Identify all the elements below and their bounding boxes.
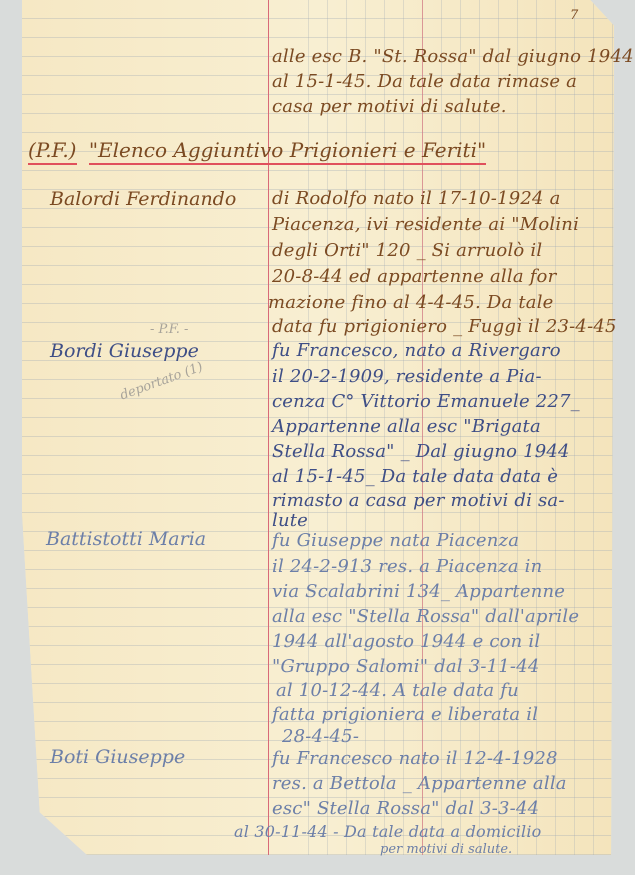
entry-line: Piacenza, ivi residente ai "Molini [272, 214, 579, 235]
entry-line: per motivi di salute. [380, 842, 512, 857]
entry-name: Balordi Ferdinando [50, 188, 236, 210]
entry-line: al 10-12-44. A tale data fu [276, 680, 519, 701]
entry-line: il 20-2-1909, residente a Pia- [272, 366, 542, 387]
entry-line: via Scalabrini 134_ Appartenne [272, 581, 565, 602]
heading-prefix: (P.F.) [28, 138, 77, 165]
entry-annotation: - P.F. - [150, 322, 188, 337]
margin-line-red [268, 0, 269, 855]
entry-line: 28-4-45- [282, 726, 359, 747]
entry-line: fu Giuseppe nata Piacenza [272, 530, 519, 551]
entry-name: Boti Giuseppe [50, 746, 185, 768]
entry-line: esc" Stella Rossa" dal 3-3-44 [272, 798, 539, 819]
entry-line: il 24-2-913 res. a Piacenza in [272, 556, 542, 577]
entry-line: al 30-11-44 - Da tale data a domicilio [234, 822, 541, 841]
entry-line: fatta prigioniera e liberata il [272, 704, 538, 725]
entry-line: "Gruppo Salomi" dal 3-11-44 [272, 656, 540, 677]
continuation-line: casa per motivi di salute. [272, 96, 507, 117]
entry-line: di Rodolfo nato il 17-10-1924 a [272, 188, 561, 209]
page-marker: 7 [570, 8, 578, 23]
entry-line: degli Orti" 120 _ Si arruolò il [272, 240, 542, 261]
entry-line: mazione fino al 4-4-45. Da tale [268, 292, 554, 313]
entry-line: cenza C° Vittorio Emanuele 227_ [272, 391, 580, 412]
entry-line: 20-8-44 ed appartenne alla for [272, 266, 556, 287]
entry-line: data fu prigioniero _ Fuggì il 23-4-45 [272, 316, 617, 337]
entry-line: fu Francesco nato il 12-4-1928 [272, 748, 558, 769]
heading: (P.F.) "Elenco Aggiuntivo Prigionieri e … [28, 138, 486, 162]
entry-line: fu Francesco, nato a Rivergaro [272, 340, 561, 361]
entry-line: Appartenne alla esc "Brigata [272, 416, 541, 437]
heading-title: "Elenco Aggiuntivo Prigionieri e Feriti" [89, 138, 486, 165]
continuation-line: alle esc B. "St. Rossa" dal giugno 1944 [272, 46, 634, 67]
entry-line: alla esc "Stella Rossa" dall'aprile [272, 606, 579, 627]
entry-line: res. a Bettola _ Appartenne alla [272, 773, 567, 794]
entry-name: Battistotti Maria [46, 528, 206, 550]
entry-line: al 15-1-45_ Da tale data data è [272, 466, 558, 487]
entry-name: Bordi Giuseppe [50, 340, 199, 362]
entry-line: Stella Rossa" _ Dal giugno 1944 [272, 441, 570, 462]
entry-line: lute [272, 510, 308, 531]
entry-line: rimasto a casa per motivi di sa- [272, 490, 565, 511]
continuation-line: al 15-1-45. Da tale data rimase a [272, 71, 577, 92]
entry-line: 1944 all'agosto 1944 e con il [272, 631, 540, 652]
